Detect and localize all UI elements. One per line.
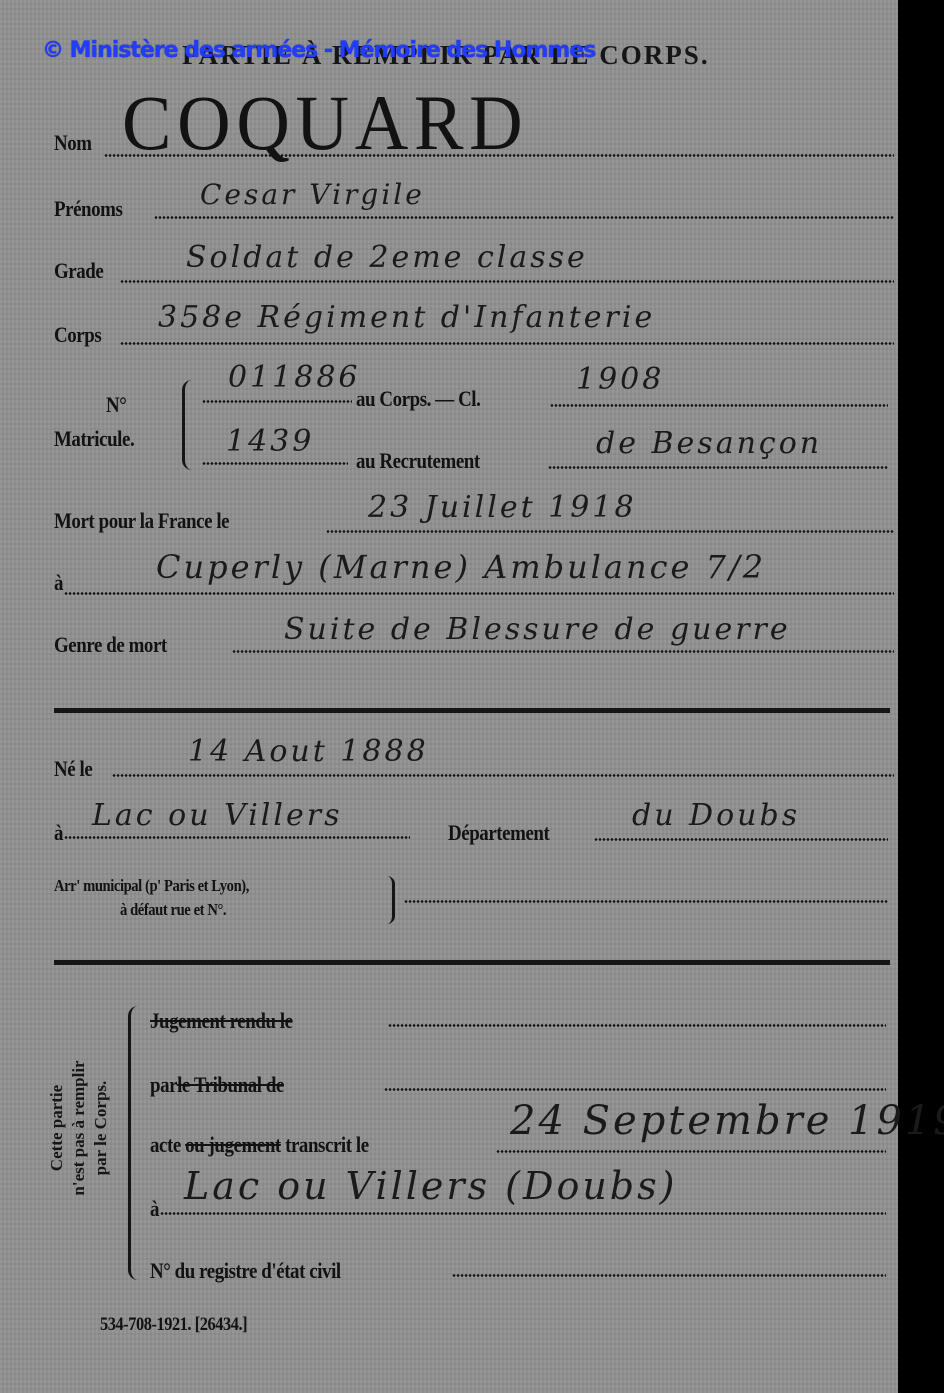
prenoms-label: Prénoms	[54, 196, 122, 222]
jugement-line	[388, 1024, 886, 1027]
transcrit-a-label: à	[150, 1196, 159, 1222]
footer-reference: 534-708-1921. [26434.]	[100, 1314, 247, 1336]
arrondissement-label-2: à défaut rue et N°.	[120, 900, 226, 920]
side-note-line-2: n'est pas à remplir	[68, 1028, 90, 1228]
transcrit-a-value: Lac ou Villers (Doubs)	[184, 1164, 677, 1208]
departement-line	[594, 838, 888, 841]
transcrit-label: transcrit le	[285, 1132, 369, 1157]
grade-line	[120, 280, 894, 283]
grade-value: Soldat de 2eme classe	[186, 240, 588, 275]
mort-a-label: à	[54, 570, 63, 596]
ne-le-line	[112, 774, 894, 777]
registre-label: N° du registre d'état civil	[150, 1258, 341, 1284]
departement-label: Département	[448, 820, 549, 846]
arrondissement-line	[404, 900, 888, 903]
side-note-line-1: Cette partie	[46, 1028, 68, 1228]
classe-line	[550, 404, 888, 407]
civil-side-note: Cette partie n'est pas à remplir par le …	[46, 1028, 112, 1228]
recrutement-line	[548, 466, 888, 469]
genre-de-mort-label: Genre de mort	[54, 632, 167, 658]
ne-le-label: Né le	[54, 756, 92, 782]
arrondissement-label-1: Arr' municipal (p' Paris et Lyon),	[54, 876, 249, 896]
section-divider-1	[54, 708, 890, 713]
tribunal-line	[384, 1088, 886, 1091]
ne-a-line	[64, 836, 410, 839]
transcrit-line	[496, 1150, 886, 1153]
acte-label-struck: ou jugement	[185, 1132, 281, 1157]
acte-label-kept: acte	[150, 1132, 181, 1157]
registre-line	[452, 1274, 886, 1277]
matricule-corps-line	[202, 400, 352, 403]
matricule-brace	[182, 380, 193, 470]
matricule-corps-number: 011886	[228, 360, 361, 395]
transcrit-a-line	[160, 1212, 886, 1215]
section-divider-2	[54, 960, 890, 965]
civil-section-brace	[128, 1006, 139, 1280]
matricule-label-no: N°	[106, 392, 126, 418]
mort-le-value: 23 Juillet 1918	[368, 490, 637, 525]
corps-label: Corps	[54, 322, 101, 348]
nom-value: COQUARD	[122, 78, 528, 168]
prenoms-value: Cesar Virgile	[200, 178, 425, 211]
recrutement-value: de Besançon	[596, 426, 822, 461]
matricule-label: Matricule.	[54, 426, 134, 452]
ne-a-value: Lac ou Villers	[92, 798, 342, 833]
jugement-label: Jugement rendu le	[150, 1008, 293, 1034]
tribunal-label: parle Tribunal de	[150, 1072, 284, 1098]
genre-de-mort-line	[232, 650, 894, 653]
matricule-recrutement-line	[202, 462, 348, 465]
death-record-card: PARTIE À REMPLIR PAR LE CORPS. © Ministè…	[0, 0, 898, 1393]
side-note-line-3: par le Corps.	[90, 1028, 112, 1228]
corps-value: 358e Régiment d'Infanterie	[158, 300, 655, 335]
transcrit-value: 24 Septembre 1919	[510, 1098, 944, 1144]
prenoms-line	[154, 216, 894, 219]
corps-line	[120, 342, 894, 345]
au-corps-label: au Corps. — Cl.	[356, 386, 480, 412]
mort-le-line	[326, 530, 894, 533]
tribunal-label-kept: par	[150, 1072, 177, 1097]
au-recrutement-label: au Recrutement	[356, 448, 480, 474]
departement-value: du Doubs	[632, 798, 800, 833]
nom-label: Nom	[54, 130, 92, 156]
grade-label: Grade	[54, 258, 103, 284]
acte-label: acte ou jugement transcrit le	[150, 1132, 369, 1158]
tribunal-label-struck: le Tribunal de	[177, 1072, 284, 1097]
classe-value: 1908	[576, 362, 664, 397]
matricule-recrutement-number: 1439	[226, 424, 314, 459]
arrondissement-brace	[386, 876, 395, 924]
genre-de-mort-value: Suite de Blessure de guerre	[284, 612, 791, 647]
mort-a-value: Cuperly (Marne) Ambulance 7/2	[156, 548, 766, 586]
mort-le-label: Mort pour la France le	[54, 508, 229, 534]
ne-a-label: à	[54, 820, 63, 846]
copyright-watermark: © Ministère des armées - Mémoire des Hom…	[42, 38, 595, 63]
ne-le-value: 14 Aout 1888	[188, 734, 429, 769]
mort-a-line	[64, 592, 894, 595]
